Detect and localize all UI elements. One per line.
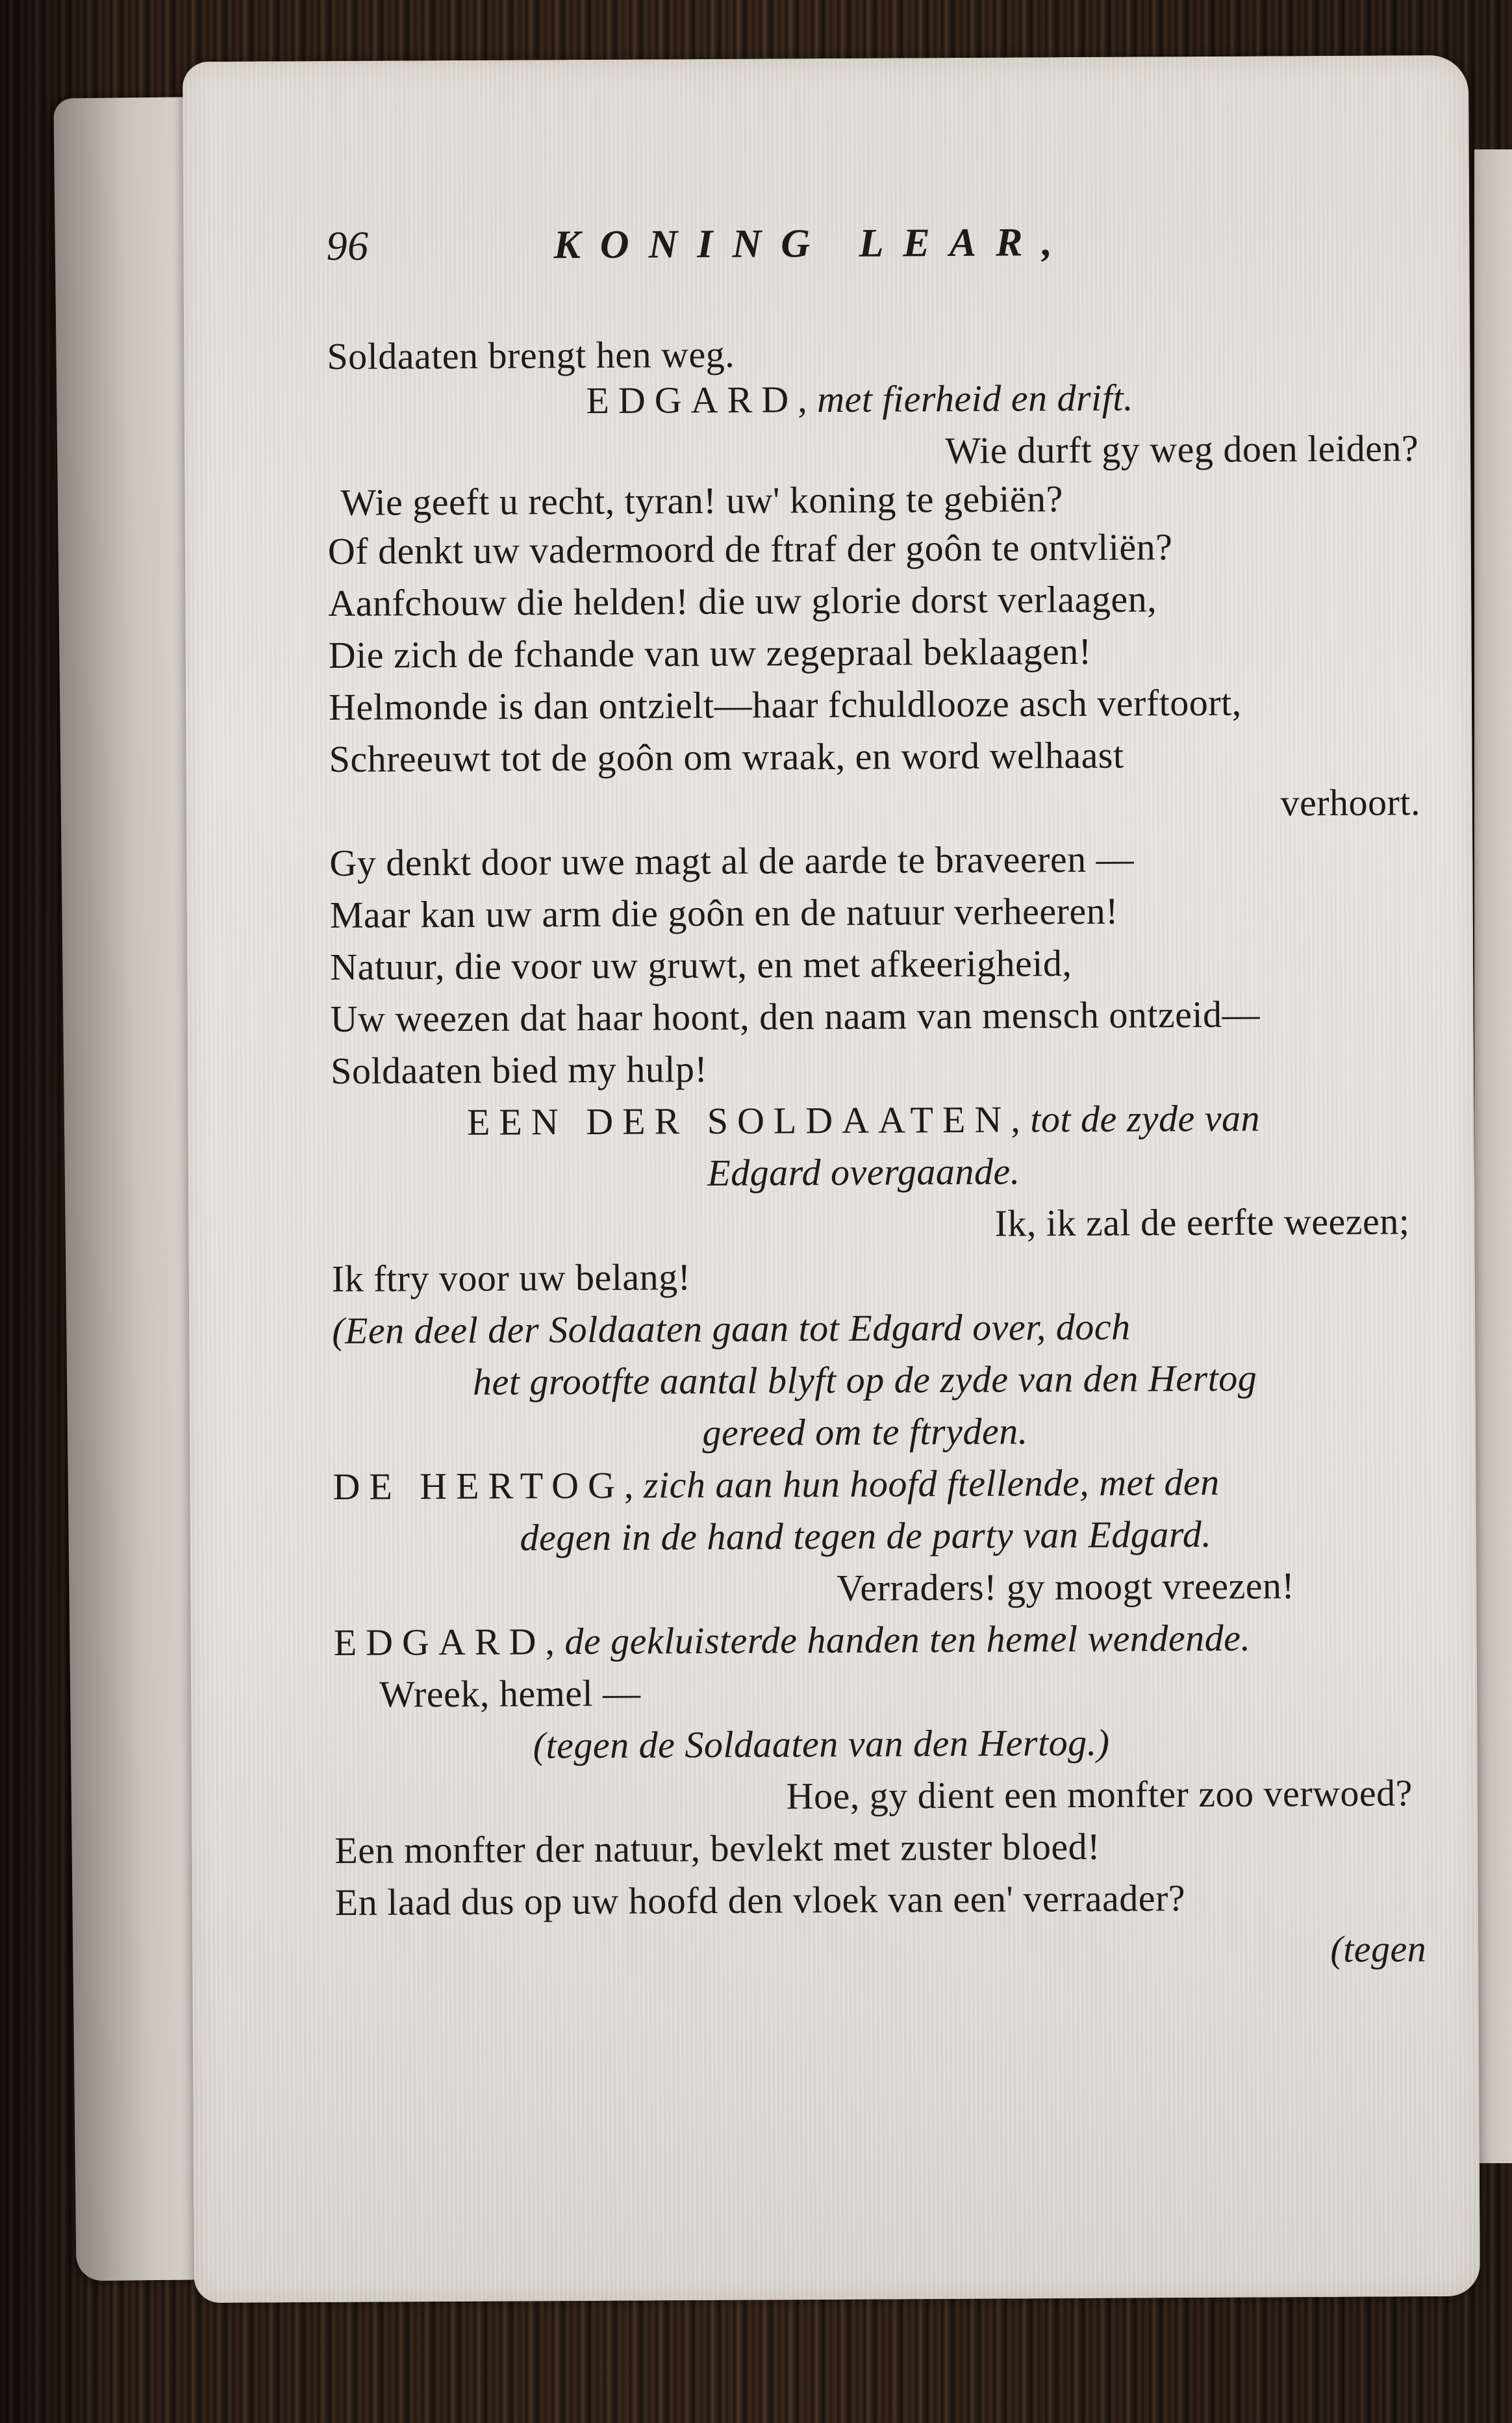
verse-line: Wie durft gy weg doen leiden? [327, 425, 1418, 477]
verse-line: Schreeuwt tot de goôn om wraak, en word … [329, 733, 1124, 782]
verse-line: En laad dus op uw hoofd den vloek van ee… [335, 1875, 1186, 1925]
line-text: Natuur, die voor uw gruwt, en met afkeer… [330, 942, 1072, 988]
line-text: Gy denkt door uwe magt al de aarde te br… [329, 838, 1134, 884]
stage-direction: zich aan hun hoofd ftellende, met den [644, 1461, 1220, 1506]
line-text: Verraders! gy moogt vreezen! [837, 1564, 1294, 1609]
stage-direction: met fierheid en drift. [817, 377, 1133, 421]
verse-line: Helmonde is dan ontzielt—haar fchuldlooz… [329, 680, 1242, 730]
stage-direction: de gekluisterde handen ten hemel wendend… [564, 1617, 1250, 1663]
running-head: 96 KONING LEAR, [326, 218, 1391, 223]
stage-direction-line: degen in de hand tegen de party van Edga… [333, 1510, 1398, 1562]
speaker-name: EEN DER SOLDAATEN [467, 1098, 1011, 1143]
verse-line: Die zich de fchande van uw zegepraal bek… [329, 629, 1092, 678]
line-text: Ik, ik zal de eerfte weezen; [994, 1200, 1409, 1244]
verse-line: Maar kan uw arm die goôn en de natuur ve… [330, 889, 1118, 938]
verse-line: Een monfter der natuur, bevlekt met zust… [334, 1824, 1100, 1873]
line-text: verhoort. [1280, 781, 1420, 824]
separator: , [1011, 1098, 1030, 1140]
stage-direction-line: het grootfte aantal blyft op de zyde van… [332, 1354, 1397, 1406]
verse-line: Natuur, die voor uw gruwt, en met afkeer… [330, 941, 1072, 990]
verse-line: Uw weezen dat haar hoont, den naam van m… [331, 992, 1261, 1042]
line-text: Maar kan uw arm die goôn en de natuur ve… [330, 890, 1118, 936]
verse-line: Ik, ik zal de eerfte weezen; [331, 1199, 1409, 1250]
verse-line: Ik ftry voor uw belang! [332, 1254, 691, 1302]
verse-line: Of denkt uw vadermoord de ftraf der goôn… [328, 524, 1173, 574]
separator: , [798, 378, 817, 420]
line-text: Die zich de fchande van uw zegepraal bek… [329, 630, 1092, 676]
line-text: Soldaaten bied my hulp! [331, 1048, 707, 1092]
separator: , [545, 1620, 564, 1662]
line-text: Soldaaten brengt hen weg. [327, 333, 735, 377]
speaker-line: EDGARD, met fierheid en drift. [327, 374, 1392, 425]
verse-line: verhoort. [329, 780, 1420, 831]
separator: , [624, 1464, 644, 1506]
speaker-line: DE HERTOG, zich aan hun hoofd ftellende,… [333, 1460, 1220, 1510]
verse-line: Soldaaten brengt hen weg. [327, 332, 735, 379]
catchword: (tegen [335, 1926, 1426, 1977]
line-text: Wie durft gy weg doen leiden? [945, 427, 1418, 472]
stage-direction-line: (Een deel der Soldaaten gaan tot Edgard … [332, 1304, 1131, 1354]
page-number: 96 [326, 223, 368, 269]
speaker-name: EDGARD [586, 378, 798, 422]
line-text: En laad dus op uw hoofd den vloek van ee… [335, 1877, 1186, 1923]
line-text: Hoe, gy dient een monfter zoo verwoed? [786, 1771, 1413, 1817]
stage-direction: gereed om te ftryden. [702, 1410, 1028, 1454]
verse-line: Hoe, gy dient een monfter zoo verwoed? [334, 1770, 1413, 1821]
stage-direction: degen in de hand tegen de party van Edga… [520, 1513, 1211, 1559]
speaker-name: DE HERTOG [333, 1464, 624, 1508]
speaker-name: EDGARD [334, 1620, 546, 1664]
page-stack-right [1474, 149, 1512, 2163]
stage-direction-line: (tegen de Soldaaten van den Hertog.) [334, 1719, 1308, 1770]
speaker-line: EEN DER SOLDAATEN, tot de zyde van [331, 1095, 1396, 1146]
verse-line: Soldaaten bied my hulp! [331, 1047, 707, 1094]
line-text: Ik ftry voor uw belang! [332, 1256, 691, 1300]
verse-line: Verraders! gy moogt vreezen! [333, 1563, 1294, 1614]
catchword-text: (tegen [1330, 1927, 1426, 1970]
stage-direction: het grootfte aantal blyft op de zyde van… [473, 1357, 1257, 1403]
line-text: Uw weezen dat haar hoont, den naam van m… [331, 993, 1261, 1040]
stage-direction-line: gereed om te ftryden. [333, 1406, 1398, 1458]
stage-direction: (tegen de Soldaaten van den Hertog.) [533, 1721, 1110, 1767]
speaker-line: EDGARD, de gekluisterde handen ten hemel… [334, 1616, 1251, 1666]
stage-direction: (Een deel der Soldaaten gaan tot Edgard … [332, 1306, 1131, 1352]
running-title: KONING LEAR, [553, 220, 1072, 268]
verse-line: Wreek, hemel — [379, 1671, 641, 1718]
line-text: Helmonde is dan ontzielt—haar fchuldlooz… [329, 681, 1242, 728]
book-page: 96 KONING LEAR, Soldaaten brengt hen weg… [183, 55, 1480, 2303]
verse-line: Wie geeft u recht, tyran! uw' koning te … [340, 476, 1063, 526]
verse-line: Gy denkt door uwe magt al de aarde te br… [329, 837, 1134, 886]
verse-line: Aanfchouw die helden! die uw glorie dors… [328, 576, 1157, 626]
stage-direction: Edgard overgaande. [707, 1150, 1020, 1194]
line-text: Schreeuwt tot de goôn om wraak, en word … [329, 734, 1124, 780]
line-text: Aanfchouw die helden! die uw glorie dors… [328, 577, 1157, 624]
stage-direction: tot de zyde van [1030, 1097, 1260, 1141]
line-text: Of denkt uw vadermoord de ftraf der goôn… [328, 526, 1173, 572]
stage-direction-line: Edgard overgaande. [331, 1147, 1396, 1198]
line-text: Een monfter der natuur, bevlekt met zust… [334, 1825, 1100, 1871]
line-text: Wie geeft u recht, tyran! uw' koning te … [340, 477, 1063, 524]
line-text: Wreek, hemel — [379, 1672, 641, 1716]
